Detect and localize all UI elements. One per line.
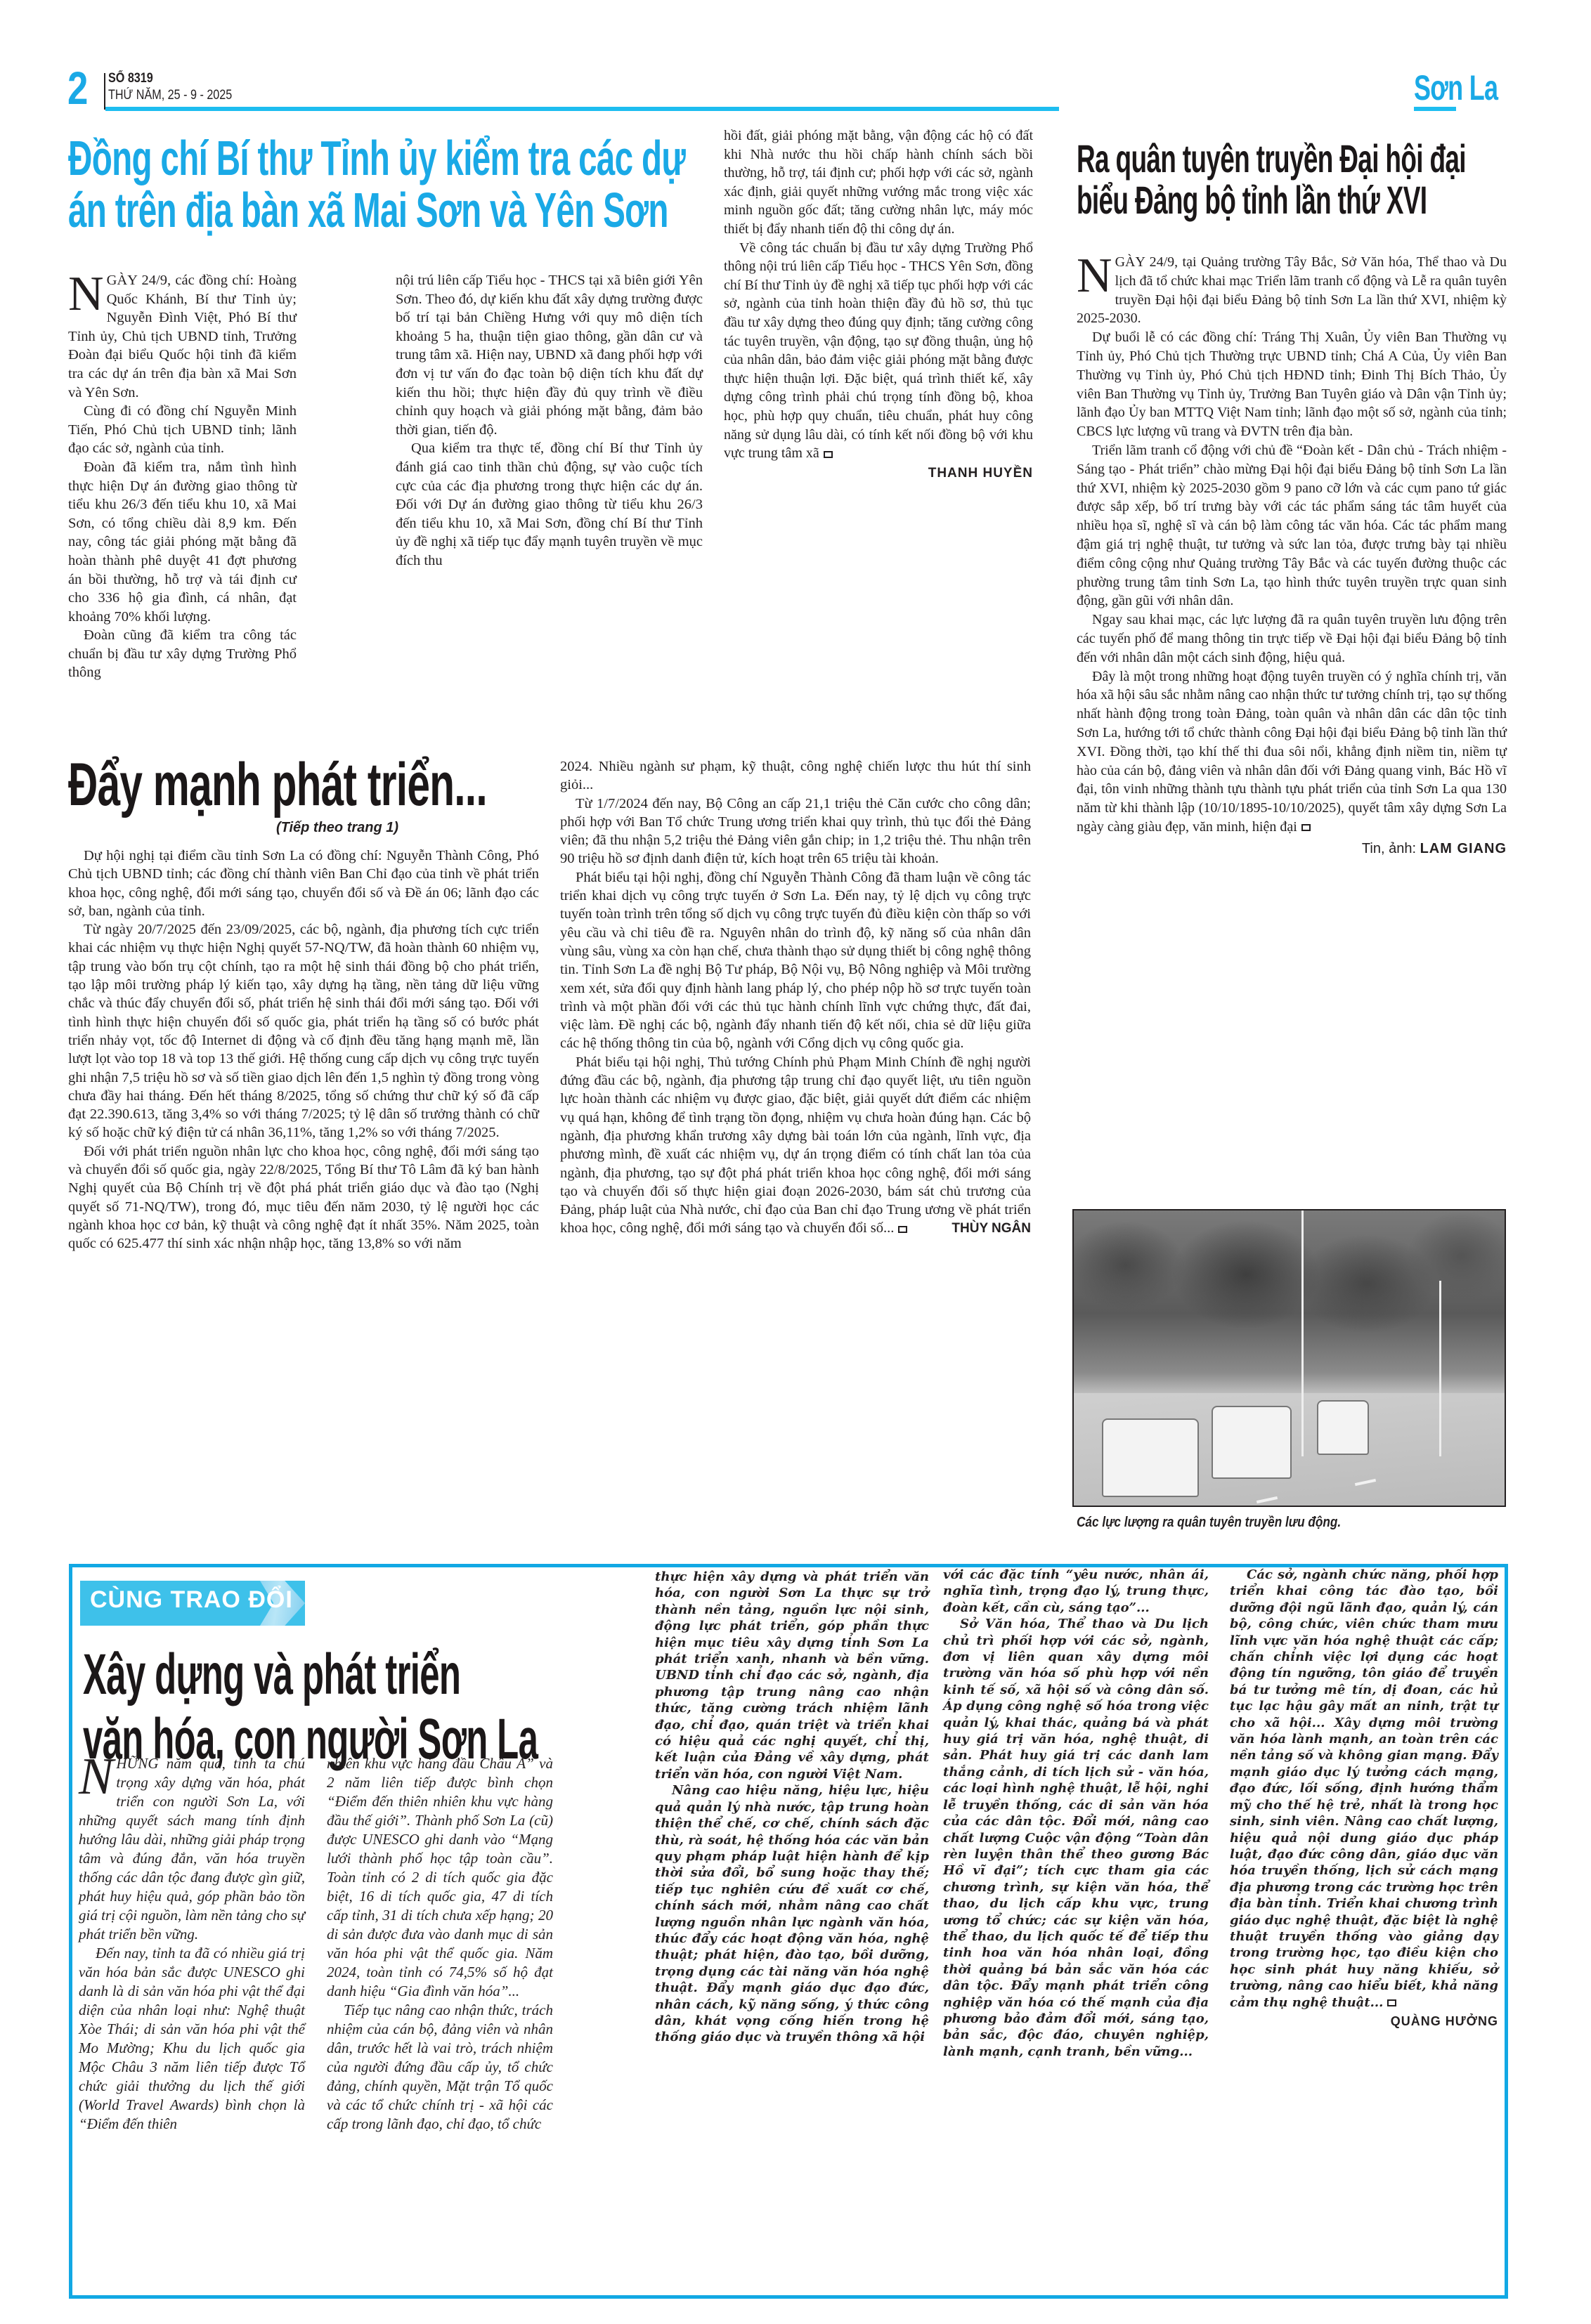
article-inspection-column-3: hồi đất, giải phóng mặt bằng, vận động c… <box>724 126 1033 483</box>
paragraph: nội trú liên cấp Tiểu học - THCS tại xã … <box>396 271 703 439</box>
article-campaign-headline: Ra quân tuyên truyền Đại hội đại biểu Đả… <box>1077 138 1512 221</box>
article-campaign-body: NGÀY 24/9, tại Quảng trường Tây Bắc, Sở … <box>1077 253 1507 859</box>
paragraph: nhiên khu vực hàng đầu Châu Á” và 2 năm … <box>327 1754 553 2001</box>
paragraph: Tiếp tục nâng cao nhận thức, trách nhiệm… <box>327 2001 553 2134</box>
paragraph: Dự buổi lễ có các đồng chí: Tráng Thị Xu… <box>1077 328 1507 441</box>
issue-number: SỐ 8319 <box>108 72 153 85</box>
paragraph: NHỮNG năm qua, tỉnh ta chú trọng xây dựn… <box>79 1754 305 1944</box>
paragraph: Từ ngày 20/7/2025 đến 23/09/2025, các bộ… <box>68 920 539 1142</box>
paragraph: Đối với phát triển nguồn nhân lực cho kh… <box>68 1142 539 1253</box>
opinion-column-2: nhiên khu vực hàng đầu Châu Á” và 2 năm … <box>327 1754 553 2134</box>
paragraph: NGÀY 24/9, các đồng chí: Hoàng Quốc Khán… <box>68 271 297 402</box>
end-mark-icon <box>1301 824 1311 831</box>
paragraph: Ngay sau khai mạc, các lực lượng đã ra q… <box>1077 611 1507 667</box>
opinion-column-4: với các đặc tính “yêu nước, nhân ái, ngh… <box>943 1567 1209 2060</box>
paragraph: 2024. Nhiều ngành sư phạm, kỹ thuật, côn… <box>560 757 1031 795</box>
byline: THANH HUYỀN <box>724 464 1033 483</box>
paragraph: Nâng cao hiệu năng, hiệu lực, hiệu quả q… <box>655 1782 929 2046</box>
paragraph: Phát biểu tại hội nghị, đồng chí Nguyễn … <box>560 868 1031 1053</box>
masthead-divider <box>104 73 105 110</box>
photo-lamp-pole <box>1301 1210 1304 1456</box>
article-inspection-column-1: NGÀY 24/9, các đồng chí: Hoàng Quốc Khán… <box>68 271 297 682</box>
paragraph: Từ 1/7/2024 đến nay, Bộ Công an cấp 21,1… <box>560 795 1031 868</box>
section-rule <box>1414 107 1456 111</box>
paragraph: với các đặc tính “yêu nước, nhân ái, ngh… <box>943 1567 1209 1616</box>
opinion-column-5: Các sở, ngành chức năng, phối hợp triển … <box>1230 1567 1498 2030</box>
dropcap: N <box>1077 256 1112 296</box>
paragraph: Qua kiểm tra thực tế, đồng chí Bí thư Tỉ… <box>396 439 703 570</box>
issue-date: THỨ NĂM, 25 - 9 - 2025 <box>108 89 232 102</box>
section-name: Sơn La <box>1414 70 1498 105</box>
news-photo-street-parade <box>1072 1209 1506 1507</box>
paragraph: NGÀY 24/9, tại Quảng trường Tây Bắc, Sở … <box>1077 253 1507 328</box>
paragraph: Sở Văn hóa, Thể thao và Du lịch chủ trì … <box>943 1616 1209 2060</box>
kicker-label: CÙNG TRAO ĐỔI <box>90 1588 293 1612</box>
paragraph: Đoàn đã kiểm tra, nắm tình hình thực hiệ… <box>68 458 297 626</box>
article-development-headline: Đẩy mạnh phát triển... <box>68 753 527 817</box>
paragraph: Đoàn cũng đã kiểm tra công tác chuẩn bị … <box>68 626 297 682</box>
paragraph: Về công tác chuẩn bị đầu tư xây dựng Trư… <box>724 239 1033 463</box>
paragraph: Dự hội nghị tại điểm cầu tỉnh Sơn La có … <box>68 847 539 920</box>
paragraph: Cùng đi có đồng chí Nguyễn Minh Tiến, Ph… <box>68 402 297 458</box>
dropcap: N <box>79 1756 113 1798</box>
paragraph: Triển lãm tranh cổ động với chủ đề “Đoàn… <box>1077 441 1507 611</box>
paragraph: Đây là một trong những hoạt động tuyên t… <box>1077 667 1507 837</box>
paragraph: hồi đất, giải phóng mặt bằng, vận động c… <box>724 126 1033 239</box>
continuation-note: (Tiếp theo trang 1) <box>232 820 443 836</box>
paragraph: Các sở, ngành chức năng, phối hợp triển … <box>1230 1567 1498 2011</box>
article-inspection-headline: Đồng chí Bí thư Tỉnh ủy kiểm tra các dự … <box>68 132 699 236</box>
header-rule <box>105 107 1059 111</box>
page-number: 2 <box>67 65 87 111</box>
paragraph: thực hiện xây dựng và phát triển văn hóa… <box>655 1569 929 1782</box>
photo-car <box>1102 1418 1199 1497</box>
opinion-column-1: NHỮNG năm qua, tỉnh ta chú trọng xây dựn… <box>79 1754 305 2134</box>
paragraph: Đến nay, tỉnh ta đã có nhiều giá trị văn… <box>79 1944 305 2134</box>
end-mark-icon <box>824 451 833 458</box>
dropcap: N <box>68 274 104 315</box>
paragraph: Phát biểu tại hội nghị, Thủ tướng Chính … <box>560 1053 1031 1238</box>
photo-truck <box>1317 1400 1369 1455</box>
photo-caption: Các lực lượng ra quân tuyên truyền lưu đ… <box>1077 1515 1446 1531</box>
photo-lamp-pole <box>1439 1281 1441 1456</box>
byline: QUÀNG HƯỞNG <box>1230 2013 1498 2030</box>
opinion-headline: Xây dựng và phát triển văn hóa, con ngườ… <box>83 1643 606 1772</box>
end-mark-icon <box>898 1226 907 1233</box>
article-development-column-2: 2024. Nhiều ngành sư phạm, kỹ thuật, côn… <box>560 757 1031 1238</box>
article-inspection-column-2: nội trú liên cấp Tiểu học - THCS tại xã … <box>396 271 703 570</box>
article-development-column-1: Dự hội nghị tại điểm cầu tỉnh Sơn La có … <box>68 847 539 1253</box>
photo-car <box>1212 1406 1292 1479</box>
end-mark-icon <box>1387 1999 1396 2006</box>
opinion-column-3: thực hiện xây dựng và phát triển văn hóa… <box>655 1569 929 2046</box>
photo-credit: Tin, ảnh: LAM GIANG <box>1077 840 1507 859</box>
